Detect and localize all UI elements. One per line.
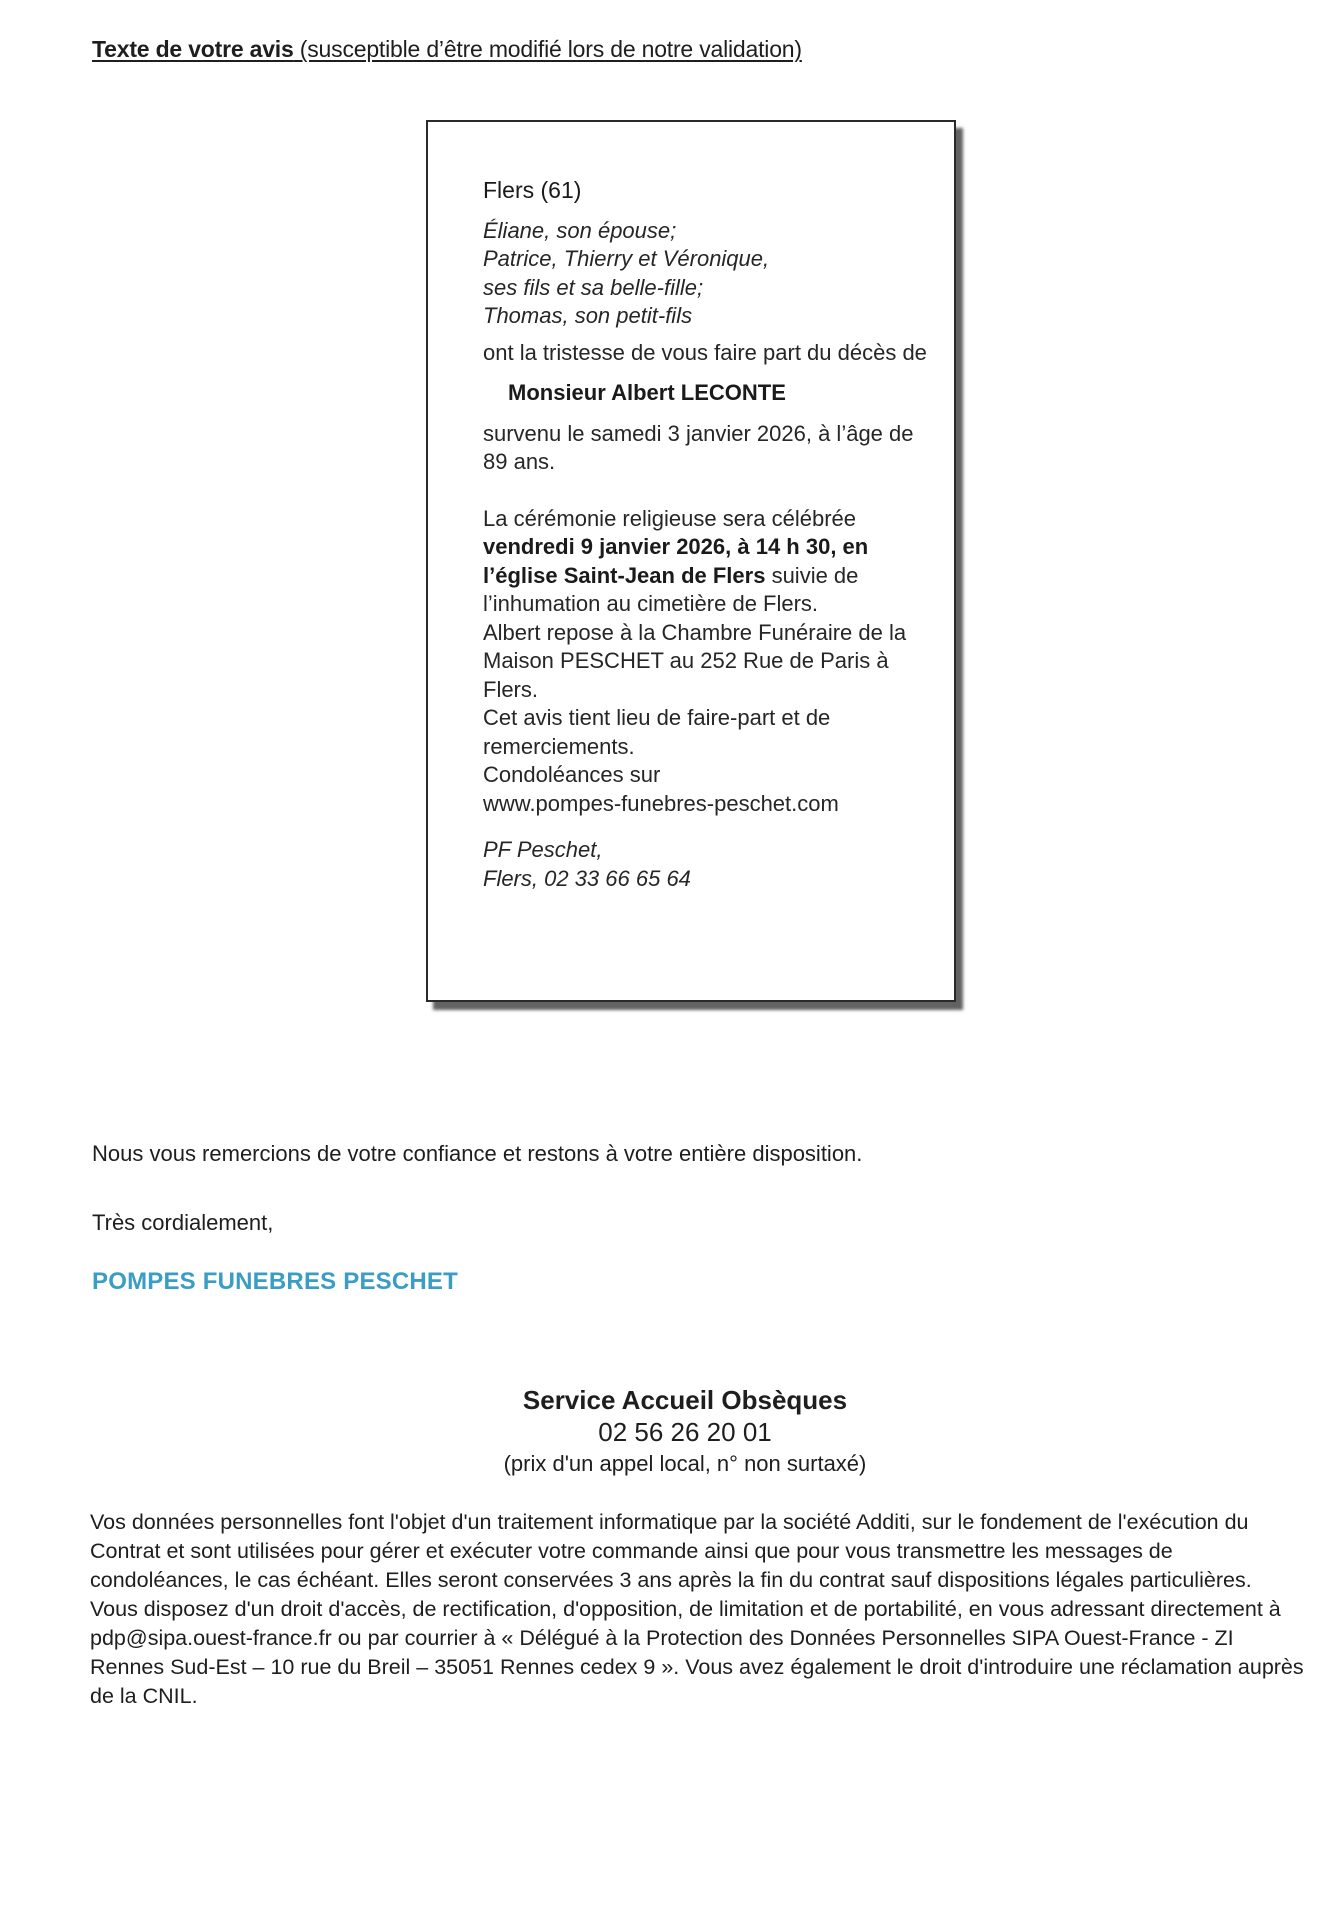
notice-announcement: ont la tristesse de vous faire part du d… [483, 339, 934, 368]
notice-city: Flers (61) [483, 176, 934, 205]
death-details: survenu le samedi 3 janvier 2026, à l’âg… [483, 420, 934, 477]
salutation-text: Très cordialement, [92, 1210, 273, 1236]
condolences-url[interactable]: www.pompes-funebres-peschet.com [483, 790, 934, 819]
signature-line: PF Peschet, [483, 836, 934, 865]
family-line: Éliane, son épouse; [483, 217, 934, 246]
ceremony-intro: La cérémonie religieuse sera célébrée [483, 506, 856, 531]
ceremony-details: La cérémonie religieuse sera célébrée ve… [483, 505, 934, 619]
replaces-notice: Cet avis tient lieu de faire-part et de … [483, 704, 934, 761]
rest-place: Albert repose à la Chambre Funéraire de … [483, 619, 934, 705]
deceased-name: Monsieur Albert LECONTE [483, 379, 934, 408]
obituary-notice-box: Flers (61) Éliane, son épouse; Patrice, … [426, 120, 956, 1002]
notice-family-list: Éliane, son épouse; Patrice, Thierry et … [483, 217, 934, 331]
condolences-label: Condoléances sur [483, 761, 934, 790]
privacy-email[interactable]: pdp@sipa.ouest-france.fr [90, 1626, 332, 1650]
family-line: Patrice, Thierry et Véronique, [483, 245, 934, 274]
service-title: Service Accueil Obsèques [0, 1384, 1338, 1416]
service-phone[interactable]: 02 56 26 20 01 [0, 1416, 1338, 1448]
heading-subtitle: (susceptible d’être modifié lors de notr… [294, 36, 802, 62]
service-note: (prix d'un appel local, n° non surtaxé) [0, 1448, 1338, 1480]
page-heading: Texte de votre avis (susceptible d’être … [92, 36, 802, 63]
company-name: POMPES FUNEBRES PESCHET [92, 1268, 458, 1296]
privacy-text: Vos données personnelles font l'objet d'… [90, 1510, 1281, 1621]
family-line: Thomas, son petit-fils [483, 302, 934, 331]
notice-signature: PF Peschet, Flers, 02 33 66 65 64 [483, 836, 934, 893]
privacy-notice: Vos données personnelles font l'objet d'… [90, 1508, 1305, 1711]
service-contact-block: Service Accueil Obsèques 02 56 26 20 01 … [0, 1384, 1338, 1480]
obituary-notice-content: Flers (61) Éliane, son épouse; Patrice, … [483, 176, 934, 893]
family-line: ses fils et sa belle-fille; [483, 274, 934, 303]
signature-line: Flers, 02 33 66 65 64 [483, 865, 934, 894]
thanks-text: Nous vous remercions de votre confiance … [92, 1141, 862, 1167]
heading-title: Texte de votre avis [92, 36, 294, 62]
